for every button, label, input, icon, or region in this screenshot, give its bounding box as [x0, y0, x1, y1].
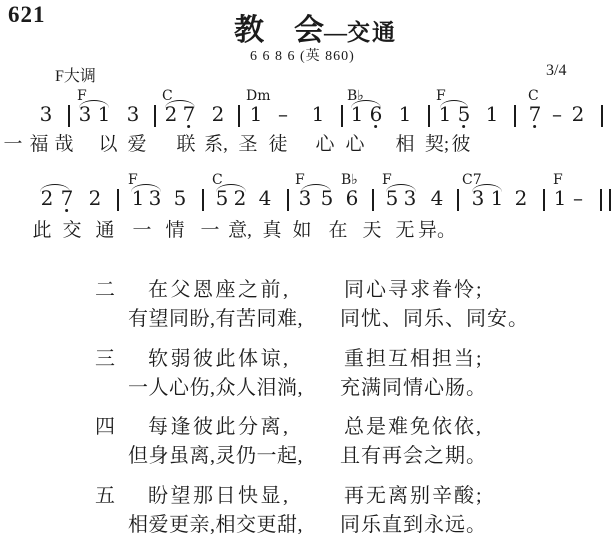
slur-arc	[131, 184, 161, 192]
lyric-syllable: 徒	[268, 133, 287, 156]
key-signature: F大调	[55, 63, 96, 86]
time-signature: 3/4	[546, 62, 566, 80]
lyric-syllable: 心	[345, 133, 364, 156]
note: 7	[61, 186, 74, 210]
note: 5	[321, 186, 334, 210]
slur-arc	[440, 100, 468, 108]
lyric-syllable: 相	[395, 133, 414, 156]
lyric-syllable: 此	[32, 219, 51, 242]
barline	[514, 105, 516, 127]
chord-label: F	[295, 173, 305, 187]
verse-text: 有望同盼,有苦同难,	[128, 307, 303, 331]
low-octave-dot	[187, 125, 190, 128]
note: 1	[132, 186, 145, 210]
slur-arc	[165, 100, 195, 108]
slur-arc	[351, 100, 381, 108]
hymn-title-main: 教 会	[234, 14, 324, 47]
note: 7	[529, 102, 542, 126]
note: 3	[149, 186, 162, 210]
barline	[238, 105, 240, 127]
note: 5	[386, 186, 399, 210]
verse-text: 同乐直到永远。	[340, 513, 487, 537]
note: –	[573, 186, 583, 210]
verse-text: 总是难免依依,	[344, 415, 483, 439]
verse-text: 再无离别辛酸;	[344, 484, 484, 508]
note: 5	[174, 186, 187, 210]
low-octave-dot	[374, 125, 377, 128]
low-octave-dot	[65, 209, 68, 212]
barline	[428, 105, 430, 127]
note: 4	[431, 186, 444, 210]
lyric-syllable: 彼	[451, 133, 470, 156]
note: 3	[299, 186, 312, 210]
lyric-syllable: 真	[262, 219, 281, 242]
barline	[341, 105, 343, 127]
chord-label: Dm	[246, 89, 271, 103]
hymn-meter: 6 6 8 6 (英 860)	[250, 45, 355, 65]
verse-text: 软弱彼此体谅,	[148, 347, 291, 371]
note: –	[278, 102, 288, 126]
note: 5	[216, 186, 229, 210]
verse-number: 四	[95, 415, 115, 439]
lyric-syllable: 一	[3, 133, 22, 156]
slur-arc	[301, 184, 331, 192]
verse-number: 二	[95, 278, 115, 302]
note: 3	[404, 186, 417, 210]
verse-text: 且有再会之期。	[340, 444, 487, 468]
barline	[543, 189, 545, 211]
lyric-syllable: 一	[200, 219, 219, 242]
hymn-title-category: 交通	[347, 20, 397, 45]
verse-text: 充满同情心肠。	[340, 376, 487, 400]
barline	[202, 189, 204, 211]
chord-label: F	[128, 173, 138, 187]
note: 7	[183, 102, 196, 126]
slur-arc	[216, 184, 246, 192]
barline	[457, 189, 459, 211]
chord-label: C7	[462, 173, 482, 187]
verse-text: 盼望那日快显,	[148, 484, 291, 508]
chord-label: F	[553, 173, 563, 187]
verse-number: 三	[95, 347, 115, 371]
note: 1	[439, 102, 452, 126]
lyric-syllable: 通	[95, 219, 114, 242]
note: 1	[250, 102, 263, 126]
hymn-title: 教 会—交通	[234, 5, 397, 49]
final-barline	[600, 189, 611, 211]
note: 1	[98, 102, 111, 126]
note: 2	[41, 186, 54, 210]
lyric-syllable: 异。	[418, 219, 456, 242]
lyric-syllable: 天	[362, 219, 381, 242]
note: –	[552, 102, 562, 126]
barline	[68, 105, 70, 127]
verse-text: 同忧、同乐、同安。	[340, 307, 529, 331]
chord-label: C	[162, 89, 173, 103]
slur-arc	[472, 184, 502, 192]
hymn-page: 621 教 会—交通 6 6 8 6 (英 860) F大调 3/4 FCDmB…	[0, 0, 611, 547]
slur-arc	[386, 184, 416, 192]
note: 1	[351, 102, 364, 126]
note: 1	[312, 102, 325, 126]
chord-label: B♭	[347, 89, 364, 103]
note: 4	[259, 186, 272, 210]
chord-label: F	[382, 173, 392, 187]
chord-label: C	[528, 89, 539, 103]
verse-text: 重担互相担当;	[344, 347, 484, 371]
lyric-syllable: 意,	[228, 219, 252, 242]
barline	[372, 189, 374, 211]
barline	[117, 189, 119, 211]
lyric-syllable: 联	[176, 133, 195, 156]
verse-text: 同心寻求眷怜;	[344, 278, 484, 302]
note: 3	[79, 102, 92, 126]
note: 6	[346, 186, 359, 210]
note: 1	[399, 102, 412, 126]
verse-text: 每逢彼此分离,	[148, 415, 291, 439]
chord-label: F	[77, 89, 87, 103]
lyric-syllable: 爱	[127, 133, 146, 156]
lyric-syllable: 心	[315, 133, 334, 156]
note: 1	[491, 186, 504, 210]
lyric-syllable: 福	[29, 133, 48, 156]
chord-label: F	[436, 89, 446, 103]
barline	[601, 105, 603, 127]
barline	[287, 189, 289, 211]
lyric-syllable: 在	[328, 219, 347, 242]
note: 1	[486, 102, 499, 126]
note: 3	[40, 102, 53, 126]
chord-label: C	[212, 173, 223, 187]
note: 3	[472, 186, 485, 210]
lyric-syllable: 哉	[54, 133, 73, 156]
note: 1	[554, 186, 567, 210]
note: 2	[165, 102, 178, 126]
low-octave-dot	[462, 125, 465, 128]
note: 2	[89, 186, 102, 210]
note: 2	[234, 186, 247, 210]
slur-arc	[79, 100, 109, 108]
note: 6	[370, 102, 383, 126]
lyric-syllable: 交	[62, 219, 81, 242]
lyric-syllable: 无	[395, 219, 414, 242]
lyric-syllable: 如	[292, 219, 311, 242]
verse-text: 相爱更亲,相交更甜,	[128, 513, 303, 537]
note: 5	[458, 102, 471, 126]
hymn-number: 621	[8, 2, 46, 28]
lyric-syllable: 一	[132, 219, 151, 242]
lyric-syllable: 圣	[238, 133, 257, 156]
lyric-syllable: 情	[165, 219, 184, 242]
verse-text: 一人心伤,众人泪淌,	[128, 376, 303, 400]
note: 3	[127, 102, 140, 126]
lyric-syllable: 契;	[425, 133, 449, 156]
chord-label: B♭	[341, 173, 358, 187]
low-octave-dot	[533, 125, 536, 128]
lyric-syllable: 系,	[204, 133, 228, 156]
note: 2	[515, 186, 528, 210]
verse-text: 但身虽离,灵仍一起,	[128, 444, 303, 468]
note: 2	[572, 102, 585, 126]
verse-text: 在父恩座之前,	[148, 278, 291, 302]
verse-number: 五	[95, 484, 115, 508]
lyric-syllable: 以	[98, 133, 117, 156]
hymn-title-dash: —	[324, 20, 347, 45]
barline	[154, 105, 156, 127]
note: 2	[212, 102, 225, 126]
slur-arc	[40, 184, 70, 192]
